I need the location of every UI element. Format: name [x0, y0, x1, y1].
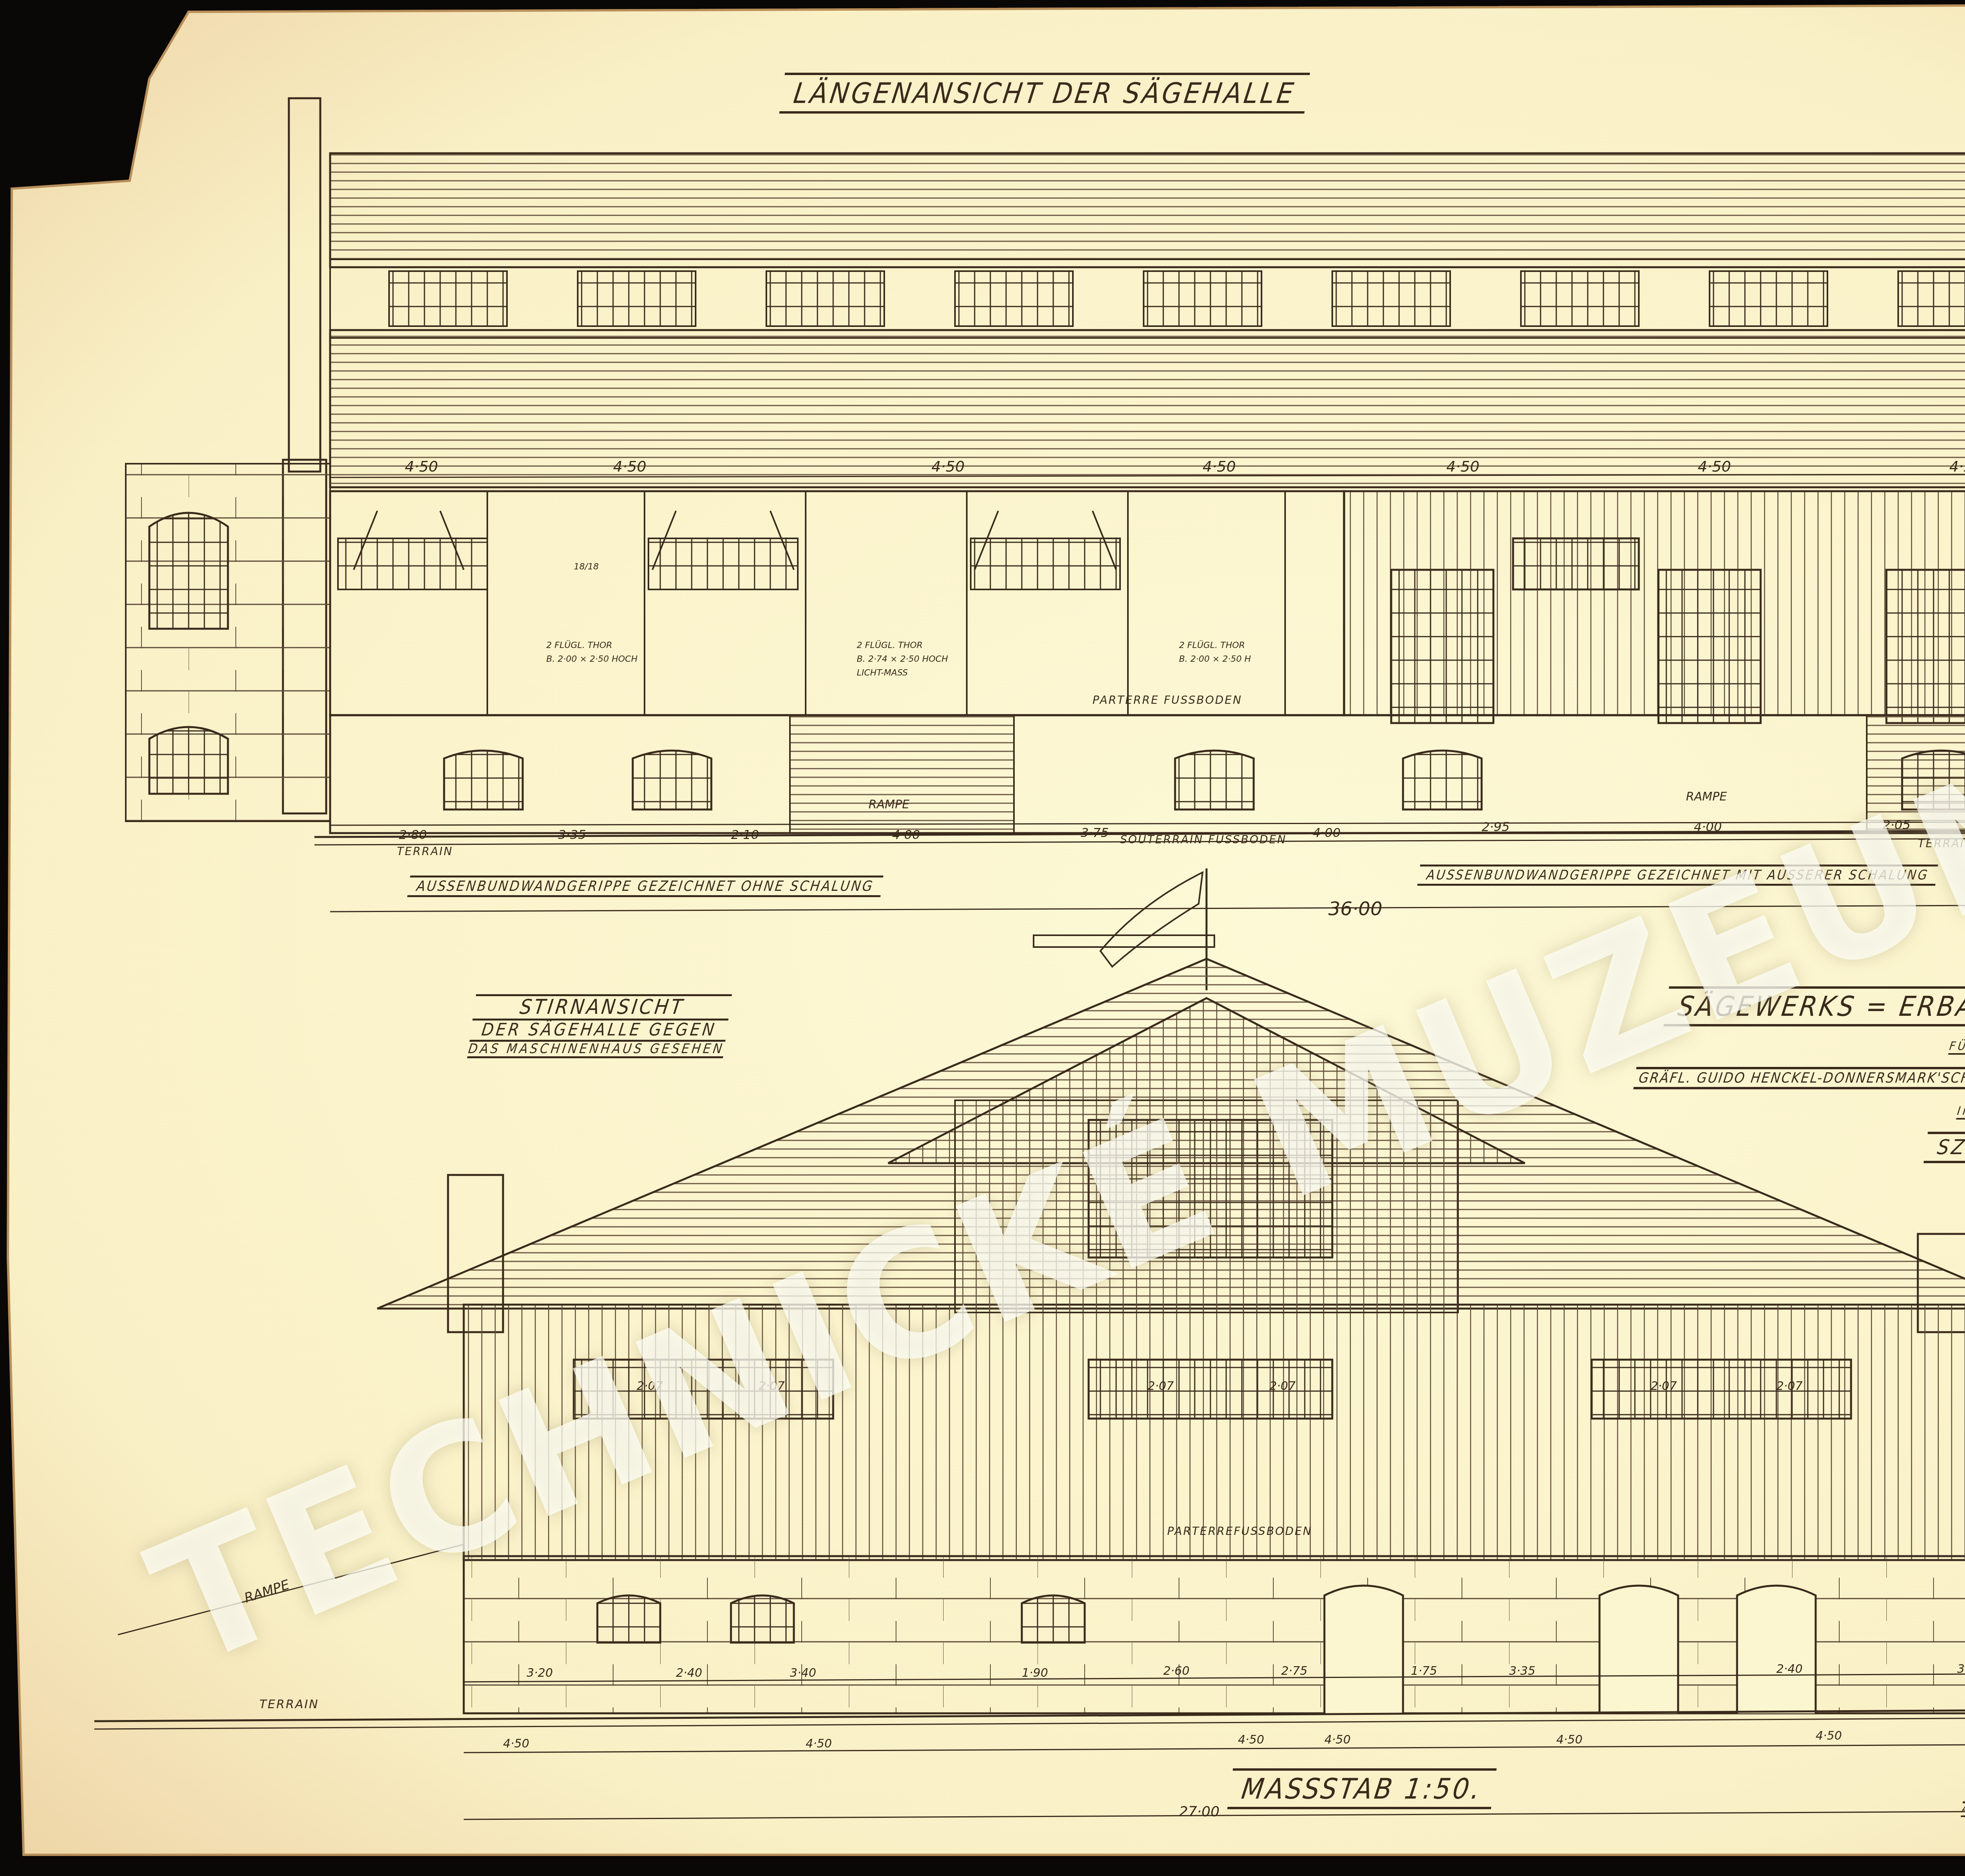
- end-elevation-title: STIRNANSICHT DER SÄGEHALLE GEGEN DAS MAS…: [467, 994, 732, 1058]
- end-ground-dim: 2·75: [1281, 1664, 1308, 1678]
- end-ground-dim: 2·40: [1776, 1662, 1803, 1676]
- terrain-label: TERRAIN: [397, 845, 453, 858]
- ground-dim: 4·00: [1313, 825, 1341, 840]
- window-dim: 2·07: [1651, 1379, 1677, 1393]
- ground-dim: 4·00: [892, 827, 920, 842]
- door-note: 2 FLÜGL. THOR B. 2·74 × 2·50 HOCH LICHT-…: [857, 639, 948, 680]
- window-dim: 2·07: [1776, 1379, 1803, 1393]
- ground-dim: 4·00: [1694, 819, 1722, 834]
- door-note: 2 FLÜGL. THOR B. 2·00 × 2·50 H: [1179, 639, 1251, 666]
- floor-label: PARTERRE FUSSBODEN: [1093, 694, 1242, 707]
- end-bay-dim: 4·50: [503, 1737, 529, 1751]
- for-label: FÜR DIE: [1948, 1039, 1965, 1055]
- end-bay-dim: 4·50: [1816, 1729, 1842, 1743]
- window-dim: 2·07: [1148, 1379, 1174, 1393]
- blueprint-sheet: PLAN Nº9. LÄNGENANSICHT DER SÄGEHALLE 4·…: [0, 0, 1965, 1876]
- end-ground-dim: 3·35: [1509, 1664, 1535, 1678]
- long-elevation-title: LÄNGENANSICHT DER SÄGEHALLE: [779, 73, 1310, 114]
- total-length: 36·00: [1328, 898, 1382, 920]
- ramp-label: RAMPE: [869, 798, 909, 811]
- end-bay-dim: 4·50: [1324, 1733, 1351, 1747]
- end-ground-dim: 1·90: [1022, 1666, 1048, 1680]
- end-ground-dim: 3·40: [790, 1666, 816, 1680]
- window-dim: 2·07: [1269, 1379, 1296, 1393]
- door-note: 2 FLÜGL. THOR B. 2·00 × 2·50 HOCH: [546, 639, 637, 666]
- end-ground-dim: 1·75: [1411, 1664, 1437, 1678]
- bay-dim: 4·50: [1446, 458, 1480, 475]
- bay-dim: 4·50: [405, 458, 438, 475]
- end-ground-dim: 2·60: [1163, 1664, 1190, 1678]
- end-bay-dim: 4·50: [1556, 1733, 1583, 1747]
- ground-dim: 2·10: [731, 827, 759, 842]
- end-bay-dim: 4·50: [1238, 1733, 1264, 1747]
- bay-dim: 4·50: [1949, 458, 1965, 475]
- end-terrain-label: TERRAIN: [259, 1698, 319, 1711]
- total-width: 27·00: [1179, 1804, 1219, 1820]
- bay-dim: 4·50: [931, 458, 965, 475]
- ramp-label: RAMPE: [1686, 790, 1727, 804]
- ground-dim: 2·80: [399, 827, 427, 842]
- ground-dim: 3·75: [1081, 825, 1109, 840]
- note-without-cladding: AUSSENBUNDWANDGERIPPE GEZEICHNET OHNE SC…: [407, 876, 883, 897]
- ground-dim: 2·95: [1482, 819, 1510, 834]
- member-size: 18/18: [574, 562, 599, 572]
- end-ground-dim: 3·20: [1957, 1662, 1965, 1676]
- bay-dim: 4·50: [1698, 458, 1731, 475]
- end-ground-dim: 2·40: [676, 1666, 702, 1680]
- souterrain-label: SOUTERRAIN FUSSBODEN: [1120, 833, 1287, 846]
- scale-label: MASSSTAB 1:50.: [1227, 1768, 1497, 1809]
- ground-dim: 3·35: [558, 827, 586, 842]
- bay-dim: 4·50: [613, 458, 646, 475]
- location: SZTAKCSIN.: [1923, 1132, 1965, 1163]
- end-floor-label: PARTERREFUSSBODEN: [1167, 1525, 1312, 1538]
- bay-dim: 4·50: [1203, 458, 1236, 475]
- end-ground-dim: 3·20: [527, 1666, 553, 1680]
- end-bay-dim: 4·50: [806, 1737, 832, 1751]
